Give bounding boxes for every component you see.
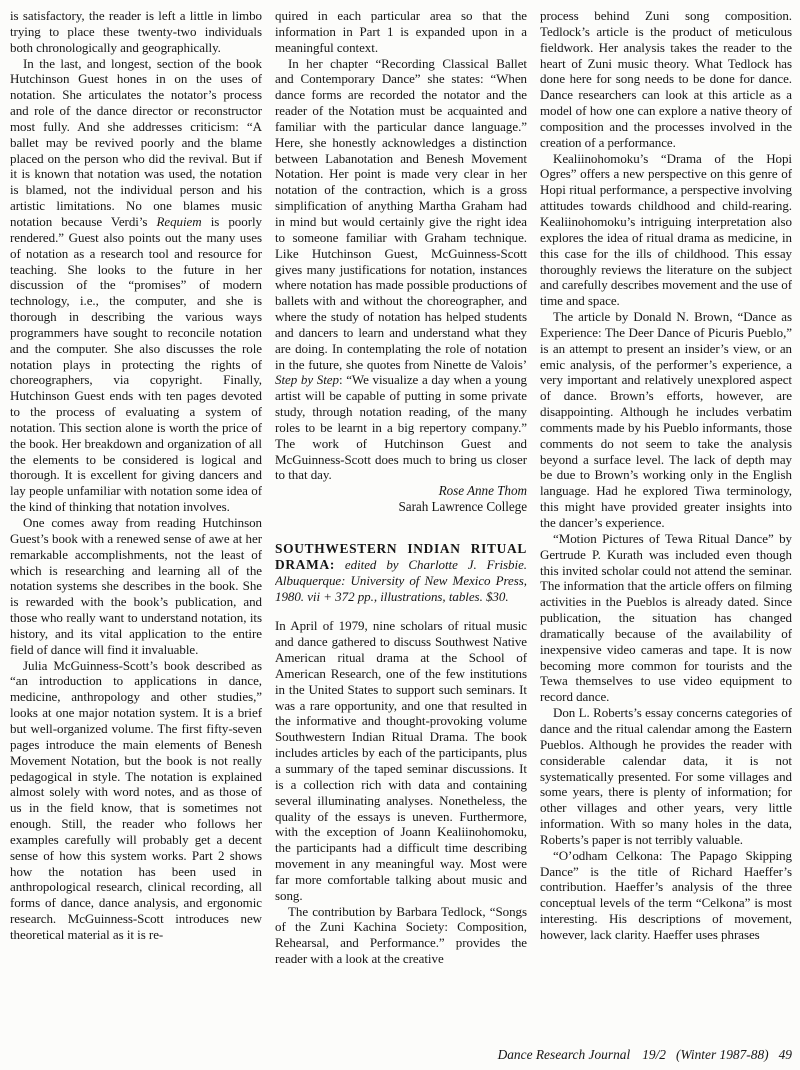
reviewer-name: Rose Anne Thom [275,483,527,499]
paragraph: Julia McGuinness-Scott’s book described … [10,658,262,943]
page-body: is satisfactory, the reader is left a li… [10,8,794,1042]
paragraph: In April of 1979, nine scholars of ritua… [275,618,527,903]
text-column-3: process behind Zuni song composition. Te… [540,8,792,1042]
text-column-2: quired in each particular area so that t… [275,8,527,1042]
book-review-citation: SOUTHWESTERN INDIAN RITUAL DRAMA: edited… [275,541,527,604]
page-footer: Dance Research Journal19/2(Winter 1987-8… [498,1047,792,1063]
page-number: 49 [779,1047,792,1062]
paragraph: “O’odham Celkona: The Papago Skipping Da… [540,848,792,943]
paragraph: The contribution by Barbara Tedlock, “So… [275,904,527,967]
journal-page: is satisfactory, the reader is left a li… [0,0,800,1070]
paragraph: Don L. Roberts’s essay concerns categori… [540,705,792,848]
text-column-1: is satisfactory, the reader is left a li… [10,8,262,1042]
paragraph-continuation: quired in each particular area so that t… [275,8,527,56]
issue-number: 19/2 [642,1047,666,1062]
paragraph-continuation: is satisfactory, the reader is left a li… [10,8,262,56]
paragraph: The article by Donald N. Brown, “Dance a… [540,309,792,531]
issue-season: (Winter 1987-88) [676,1047,769,1062]
paragraph: Kealiinohomoku’s “Drama of the Hopi Ogre… [540,151,792,309]
reviewer-affiliation: Sarah Lawrence College [275,499,527,515]
paragraph: In the last, and longest, section of the… [10,56,262,515]
paragraph: “Motion Pictures of Tewa Ritual Dance” b… [540,531,792,705]
journal-title: Dance Research Journal [498,1047,631,1062]
paragraph: One comes away from reading Hutchinson G… [10,515,262,658]
paragraph: In her chapter “Recording Classical Ball… [275,56,527,484]
paragraph-continuation: process behind Zuni song composition. Te… [540,8,792,151]
